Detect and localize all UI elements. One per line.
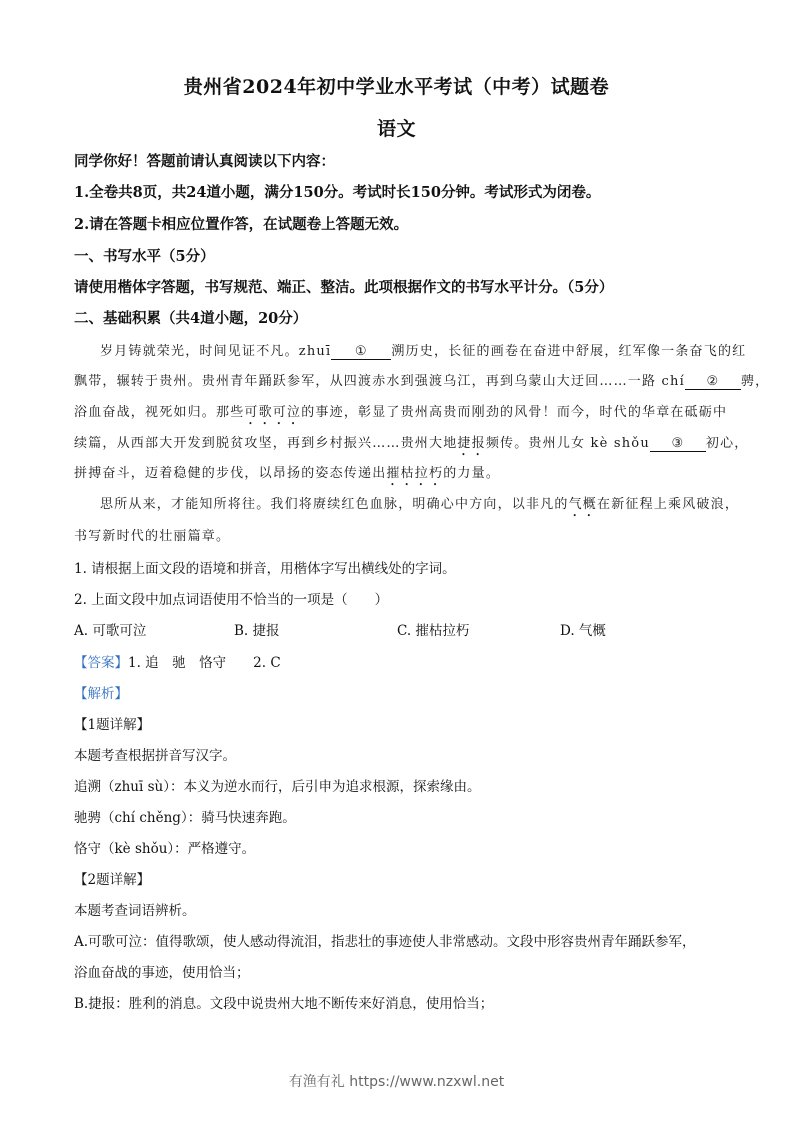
answer-tag: 【答案】	[74, 655, 128, 671]
option-d: D. 气概	[560, 619, 606, 639]
subject-title: 语文	[0, 114, 793, 141]
instructions-greeting: 同学你好！答题前请认真阅读以下内容：	[74, 150, 335, 171]
blank-2: ②	[685, 375, 741, 390]
passage-text: 在新征程上乘风破浪，	[597, 497, 739, 512]
passage-text: 骋，	[741, 374, 769, 389]
passage-text: 续篇，从西部大开发到脱贫攻坚，再到乡村振兴……贵州大地	[74, 436, 457, 451]
passage-line: 岁月铸就荣光，时间见证不凡。zhuī①溯历史，长征的画卷在奋进中舒展，红军像一条…	[100, 340, 746, 360]
passage-line: 书写新时代的壮丽篇章。	[74, 525, 230, 544]
question-2: 2. 上面文段中加点词语使用不恰当的一项是（ ）	[74, 588, 388, 608]
passage-line: 续篇，从西部大开发到脱贫攻坚，再到乡村振兴……贵州大地捷报频传。贵州儿女 kè …	[74, 432, 749, 459]
emphasized-word: 捷报	[457, 436, 485, 451]
instruction-item-1: 1.全卷共8页，共24道小题，满分150分。考试时长150分钟。考试形式为闭卷。	[74, 181, 600, 202]
answer-text: 1. 追 驰 恪守 2. C	[128, 655, 281, 671]
analysis-tag: 【解析】	[74, 682, 128, 702]
detail-2-option-a-cont: 浴血奋战的事迹，使用恰当；	[74, 961, 250, 981]
option-a: A. 可歌可泣	[74, 619, 146, 639]
passage-text: 初心，	[706, 436, 749, 451]
page-title: 贵州省2024年初中学业水平考试（中考）试题卷	[0, 72, 793, 99]
detail-2-heading: 【2题详解】	[74, 868, 150, 888]
passage-text: 浴血奋战，视死如归。那些	[74, 405, 244, 420]
section1-heading: 一、书写水平（5分）	[74, 245, 215, 266]
emphasized-word: 摧枯拉朽	[386, 466, 443, 481]
emphasized-word: 气概	[569, 497, 597, 512]
instruction-item-2: 2.请在答题卡相应位置作答，在试题卷上答题无效。	[74, 213, 408, 234]
question-1: 1. 请根据上面文段的语境和拼音，用楷体字写出横线处的字词。	[74, 557, 456, 577]
option-c: C. 摧枯拉朽	[397, 619, 469, 639]
blank-1: ①	[331, 345, 391, 360]
passage-text: 频传。贵州儿女 kè shǒu	[486, 436, 650, 451]
passage-text: 的力量。	[443, 466, 500, 481]
passage-line: 思所从来，才能知所将往。我们将赓续红色血脉，明确心中方向，以非凡的气概在新征程上…	[100, 493, 739, 520]
detail-1-item: 追溯（zhuī sù）：本义为逆水而行，后引申为追求根源，探索缘由。	[74, 775, 480, 795]
passage-line: 拼搏奋斗，迈着稳健的步伐，以昂扬的姿态传递出摧枯拉朽的力量。	[74, 462, 500, 489]
detail-2-option-a: A.可歌可泣：值得歌颂，使人感动得流泪，指悲壮的事迹使人非常感动。文段中形容贵州…	[74, 930, 696, 950]
passage-text: 思所从来，才能知所将往。我们将赓续红色血脉，明确心中方向，以非凡的	[100, 497, 569, 512]
passage-text: 的事迹，彰显了贵州高贵而刚劲的风骨！而今，时代的华章在砥砺中	[301, 405, 727, 420]
option-b: B. 捷报	[234, 619, 280, 639]
detail-1-heading: 【1题详解】	[74, 713, 150, 733]
passage-line: 浴血奋战，视死如归。那些可歌可泣的事迹，彰显了贵州高贵而刚劲的风骨！而今，时代的…	[74, 401, 727, 428]
section1-body: 请使用楷体字答题，书写规范、端正、整洁。此项根据作文的书写水平计分。（5分）	[74, 276, 613, 297]
passage-text: 溯历史，长征的画卷在奋进中舒展，红军像一条奋飞的红	[391, 344, 746, 359]
passage-text: 拼搏奋斗，迈着稳健的步伐，以昂扬的姿态传递出	[74, 466, 386, 481]
detail-2-option-b: B.捷报：胜利的消息。文段中说贵州大地不断传来好消息，使用恰当；	[74, 992, 493, 1012]
section2-heading: 二、基础积累（共4道小题，20分）	[74, 307, 307, 328]
exam-page: 贵州省2024年初中学业水平考试（中考）试题卷 语文 同学你好！答题前请认真阅读…	[0, 0, 793, 1122]
blank-3: ③	[650, 437, 706, 452]
answer-line: 【答案】1. 追 驰 恪守 2. C	[74, 651, 281, 671]
detail-1-intro: 本题考查根据拼音写汉字。	[74, 744, 236, 764]
footer-watermark: 有渔有礼 https://www.nzxwl.net	[0, 1071, 793, 1091]
passage-text: 书写新时代的壮丽篇章。	[74, 529, 230, 544]
passage-text: 岁月铸就荣光，时间见证不凡。zhuī	[100, 344, 331, 359]
emphasized-word: 可歌可泣	[244, 405, 301, 420]
detail-2-intro: 本题考查词语辨析。	[74, 899, 196, 919]
detail-1-item: 驰骋（chí chěng）：骑马快速奔跑。	[74, 806, 296, 826]
passage-text: 飘带，辗转于贵州。贵州青年踊跃参军，从四渡赤水到强渡乌江，再到乌蒙山大迂回……一…	[74, 374, 685, 389]
passage-line: 飘带，辗转于贵州。贵州青年踊跃参军，从四渡赤水到强渡乌江，再到乌蒙山大迂回……一…	[74, 370, 769, 390]
detail-1-item: 恪守（kè shǒu）：严格遵守。	[74, 837, 255, 857]
